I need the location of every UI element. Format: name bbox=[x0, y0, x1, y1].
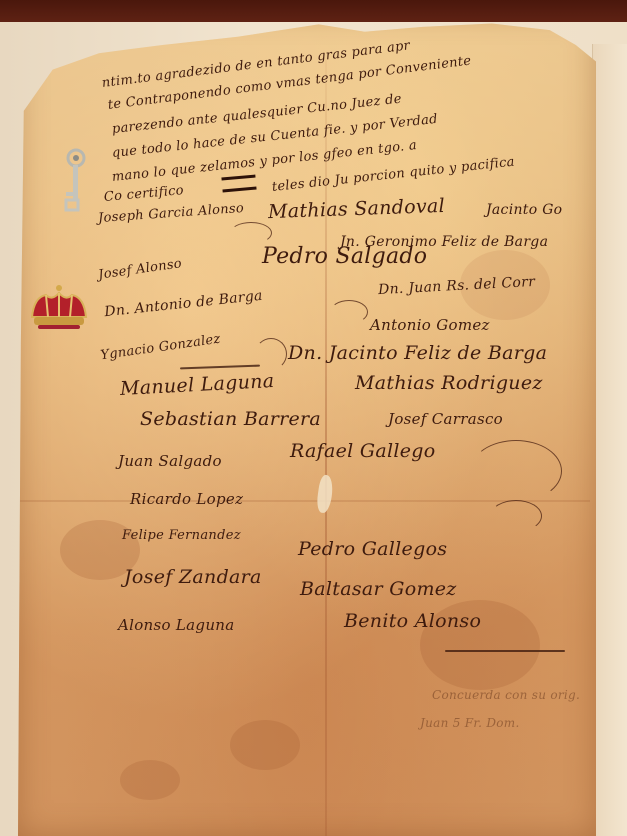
stain bbox=[120, 760, 180, 800]
signature: Felipe Fernandez bbox=[122, 528, 241, 543]
faded-annotation-line: Concuerda con su orig. bbox=[432, 688, 580, 702]
signature: Pedro Gallegos bbox=[298, 538, 447, 560]
rubric-flourish bbox=[490, 500, 542, 532]
faded-annotation-line: Juan 5 Fr. Dom. bbox=[420, 716, 520, 730]
key-icon bbox=[62, 148, 86, 214]
crown-icon bbox=[28, 283, 90, 331]
rubric-flourish bbox=[230, 222, 272, 244]
underline-flourish bbox=[445, 650, 565, 652]
signature: Dn. Jacinto Feliz de Barga bbox=[288, 342, 547, 364]
signature: Josef Zandara bbox=[124, 566, 262, 588]
rubric-flourish bbox=[470, 440, 562, 502]
signature: Josef Carrasco bbox=[388, 410, 503, 428]
signature: Antonio Gomez bbox=[370, 316, 490, 334]
signature: Baltasar Gomez bbox=[300, 578, 457, 600]
rubric-flourish bbox=[330, 300, 368, 324]
double-bar-mark bbox=[221, 175, 256, 193]
signature: Alonso Laguna bbox=[118, 616, 235, 634]
signature: Jacinto Go bbox=[486, 202, 562, 218]
signature: Ricardo Lopez bbox=[130, 490, 243, 508]
right-paper-edge bbox=[592, 44, 627, 836]
signature: Pedro Salgado bbox=[262, 244, 427, 269]
stain bbox=[230, 720, 300, 770]
signature: Benito Alonso bbox=[344, 610, 481, 632]
signature: Mathias Rodriguez bbox=[355, 372, 543, 394]
signature: Juan Salgado bbox=[118, 452, 222, 470]
signature: Sebastian Barrera bbox=[140, 408, 321, 430]
signature: Rafael Gallego bbox=[290, 440, 436, 462]
